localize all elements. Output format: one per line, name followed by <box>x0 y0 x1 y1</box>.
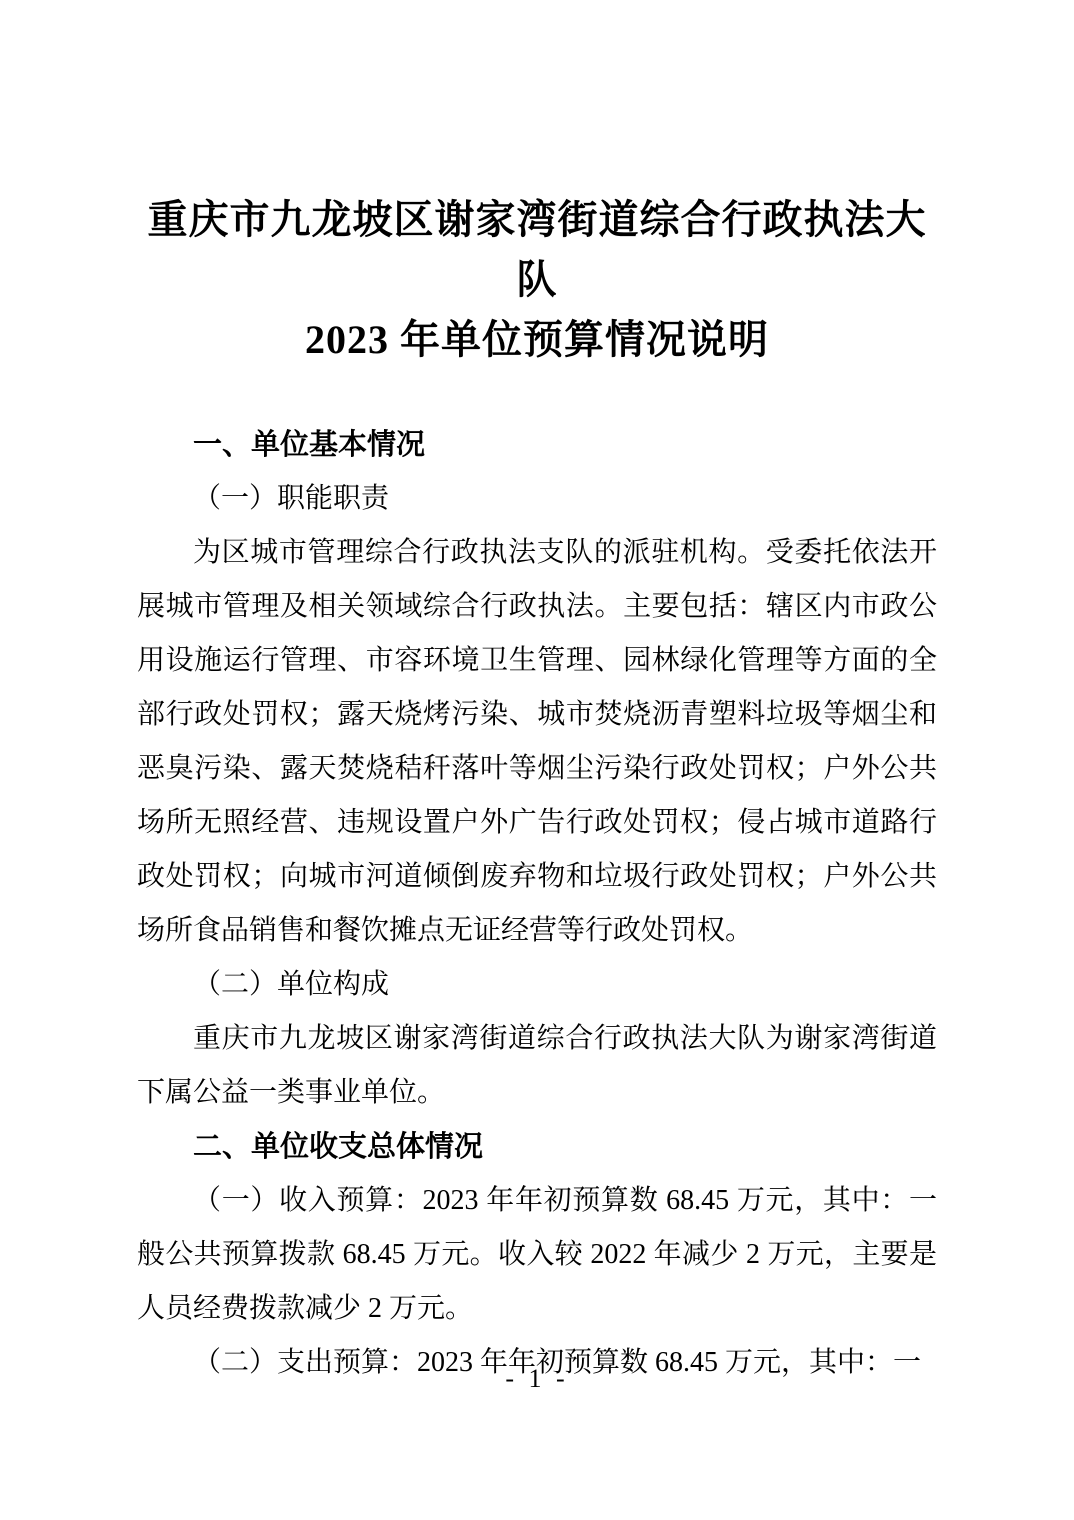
document-page: 重庆市九龙坡区谢家湾街道综合行政执法大队 2023 年单位预算情况说明 一、单位… <box>0 0 1074 1520</box>
paragraph-duties: 为区城市管理综合行政执法支队的派驻机构。受委托依法开展城市管理及相关领域综合行政… <box>137 526 937 958</box>
sub-heading-duties: （一）职能职责 <box>137 472 937 526</box>
page-number: - 1 - <box>0 1362 1074 1396</box>
section-heading-budget-overview: 二、单位收支总体情况 <box>137 1120 937 1174</box>
document-title: 重庆市九龙坡区谢家湾街道综合行政执法大队 2023 年单位预算情况说明 <box>137 0 937 370</box>
section-heading-basic-info: 一、单位基本情况 <box>137 418 937 472</box>
document-body: 一、单位基本情况 （一）职能职责 为区城市管理综合行政执法支队的派驻机构。受委托… <box>137 418 937 1390</box>
document-title-line2: 2023 年单位预算情况说明 <box>137 310 937 370</box>
document-content: 重庆市九龙坡区谢家湾街道综合行政执法大队 2023 年单位预算情况说明 一、单位… <box>0 0 1074 1390</box>
document-title-line1: 重庆市九龙坡区谢家湾街道综合行政执法大队 <box>137 190 937 310</box>
paragraph-unit-composition: 重庆市九龙坡区谢家湾街道综合行政执法大队为谢家湾街道下属公益一类事业单位。 <box>137 1012 937 1120</box>
paragraph-income-budget: （一）收入预算：2023 年年初预算数 68.45 万元，其中：一般公共预算拨款… <box>137 1174 937 1336</box>
sub-heading-unit-composition: （二）单位构成 <box>137 958 937 1012</box>
